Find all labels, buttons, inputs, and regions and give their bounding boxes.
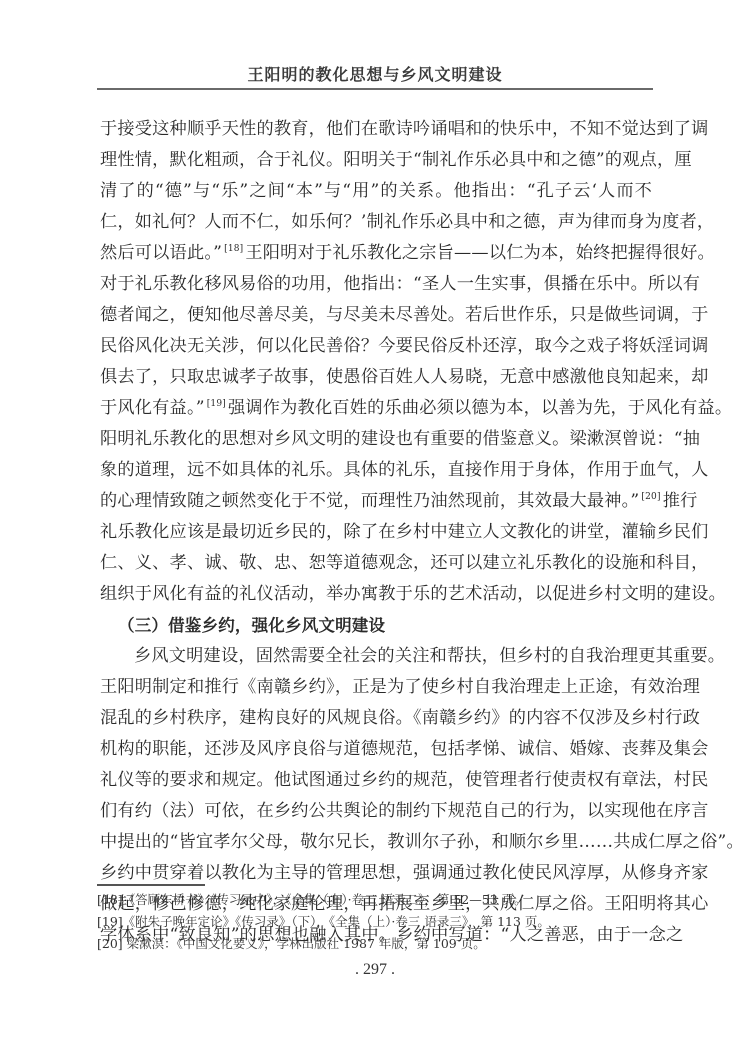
citation-marker: [18] [224, 244, 243, 254]
text-line: 理性情，默化粗顽，合于礼仪。阳明关于“制礼作乐必具中和之德”的观点，厘 [100, 145, 652, 176]
text-line: 仁，如礼何？人而不仁，如乐何？’制礼作乐必具中和之德，声为律而身为度者， [100, 207, 652, 238]
text-line: 然后可以语此。”[18]王阳明对于礼乐教化之宗旨——以仁为本，始终把握得很好。 [100, 238, 652, 269]
text-line: 组织于风化有益的礼仪活动，举办寓教于乐的艺术活动，以促进乡村文明的建设。 [100, 579, 652, 610]
header-rule [97, 88, 653, 90]
text-segment: 王阳明对于礼乐教化之宗旨——以仁为本，始终把握得很好。 [245, 243, 714, 263]
page-number: . 297 . [0, 961, 750, 979]
running-header: 王阳明的教化思想与乡风文明建设 [97, 62, 653, 85]
text-line: 俱去了，只取忠诚孝子故事，使愚俗百姓人人易晓，无意中感激他良知起来，却 [100, 362, 652, 393]
text-segment: 推行 [663, 491, 698, 511]
text-line: 德者闻之，便知他尽善尽美，与尽美未尽善处。若后世作乐，只是做些词调，于 [100, 300, 652, 331]
footnotes: [18]《答顾东桥书》《传习录中》，《全集（上）·卷二 语录二》，第 52—53… [97, 889, 657, 955]
text-line: 乡风文明建设，固然需要全社会的关注和帮扶，但乡村的自我治理更其重要。 [100, 641, 652, 672]
text-line: 们有约（法）可依，在乡约公共舆论的制约下规范自己的行为，以实现他在序言 [100, 796, 652, 827]
text-line: 机构的职能，还涉及风序良俗与道德规范，包括孝悌、诚信、婚嫁、丧葬及集会 [100, 734, 652, 765]
text-line: 阳明礼乐教化的思想对乡风文明的建设也有重要的借鉴意义。梁漱溟曾说：“抽 [100, 424, 652, 455]
text-line: 中提出的“皆宜孝尔父母，敬尔兄长，教训尔子孙，和顺尔乡里……共成仁厚之俗”。 [100, 827, 652, 858]
citation-marker: [19] [207, 399, 226, 409]
text-line: 对于礼乐教化移风易俗的功用，他指出：“圣人一生实事，俱播在乐中。所以有 [100, 269, 652, 300]
text-segment: 然后可以语此。” [100, 243, 222, 263]
text-line: 象的道理，远不如具体的礼乐。具体的礼乐，直接作用于身体，作用于血气，人 [100, 455, 652, 486]
citation-marker: [20] [641, 492, 660, 502]
text-line: 民俗风化决无关涉，何以化民善俗？今要民俗反朴还淳，取今之戏子将妖淫词调 [100, 331, 652, 362]
footnote-18: [18]《答顾东桥书》《传习录中》，《全集（上）·卷二 语录二》，第 52—53… [97, 889, 657, 911]
text-segment: 的心理情致随之顿然变化于不觉，而理性乃油然现前，其效最大最神。” [100, 491, 639, 511]
text-line: 于接受这种顺乎天性的教育，他们在歌诗吟诵唱和的快乐中，不知不觉达到了调 [100, 114, 652, 145]
text-line: 清了的“德”与“乐”之间“本”与“用”的关系。他指出：“孔子云‘人而不 [100, 176, 652, 207]
text-line: 仁、义、孝、诚、敬、忠、恕等道德观念，还可以建立礼乐教化的设施和科目， [100, 548, 652, 579]
footnote-rule [97, 884, 205, 886]
section-heading: （三）借鉴乡约，强化乡风文明建设 [100, 610, 652, 641]
text-segment: 强调作为教化百姓的乐曲必须以德为本，以善为先，于风化有益。 [228, 398, 732, 418]
footnote-19: [19]《附朱子晚年定论》《传习录》（下），《全集（上）·卷三 语录三》，第 1… [97, 911, 657, 933]
text-line: 礼乐教化应该是最切近乡民的，除了在乡村中建立人文教化的讲堂，灌输乡民们 [100, 517, 652, 548]
text-line: 混乱的乡村秩序，建构良好的风规良俗。《南赣乡约》的内容不仅涉及乡村行政 [100, 703, 652, 734]
text-line: 礼仪等的要求和规定。他试图通过乡约的规范，使管理者行使责权有章法，村民 [100, 765, 652, 796]
text-line: 的心理情致随之顿然变化于不觉，而理性乃油然现前，其效最大最神。”[20]推行 [100, 486, 652, 517]
text-line: 于风化有益。”[19]强调作为教化百姓的乐曲必须以德为本，以善为先，于风化有益。 [100, 393, 652, 424]
text-line: 王阳明制定和推行《南赣乡约》，正是为了使乡村自我治理走上正途，有效治理 [100, 672, 652, 703]
footnote-20: [20] 梁漱溟：《中国文化要义》，学林出版社 1987 年版，第 109 页。 [97, 933, 657, 955]
text-segment: 于风化有益。” [100, 398, 205, 418]
body-text: 于接受这种顺乎天性的教育，他们在歌诗吟诵唱和的快乐中，不知不觉达到了调 理性情，… [100, 114, 652, 951]
